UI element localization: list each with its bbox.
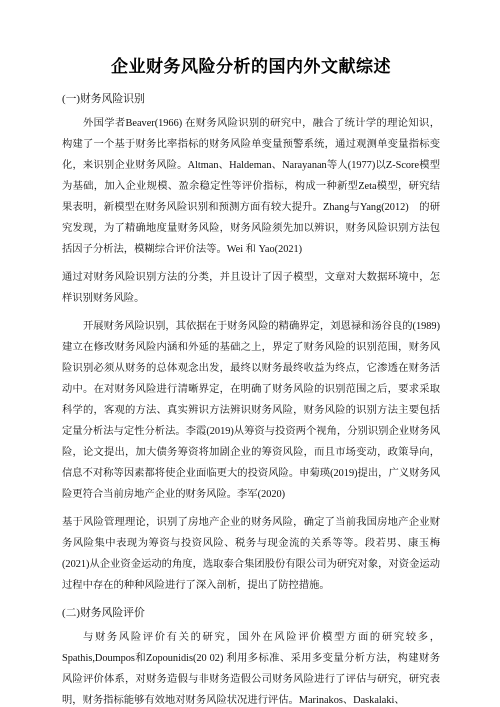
document-title: 企业财务风险分析的国内外文献综述 [62, 54, 440, 79]
section-heading-risk-evaluation: (二)财务风险评价 [62, 603, 440, 624]
paragraph-factor-model-big-data: 通过对财务风险识别方法的分类，并且设计了因子模型，文章对大数据环境中，怎样识别财… [62, 267, 440, 309]
section-heading-risk-identification: (一)财务风险识别 [62, 89, 440, 110]
section-financial-risk-identification: (一)财务风险识别 外国学者Beaver(1966) 在财务风险识别的研究中，融… [62, 89, 440, 596]
paragraph-foreign-scholars-beaver: 外国学者Beaver(1966) 在财务风险识别的研究中，融合了统计学的理论知识… [62, 113, 440, 260]
document-page: 企业财务风险分析的国内外文献综述 (一)财务风险识别 外国学者Beaver(19… [0, 0, 500, 707]
paragraph-risk-identification-definition: 开展财务风险识别，其依据在于财务风险的精确界定，刘恩禄和汤谷良的(1989)建立… [62, 316, 440, 505]
section-financial-risk-evaluation: (二)财务风险评价 与财务风险评价有关的研究，国外在风险评价模型方面的研究较多，… [62, 603, 440, 707]
paragraph-risk-management-theory: 基于风险管理理论，识别了房地产企业的财务风险，确定了当前我国房地产企业财务风险集… [62, 512, 440, 596]
paragraph-evaluation-models-research: 与财务风险评价有关的研究，国外在风险评价模型方面的研究较多，Spathis,Do… [62, 627, 440, 707]
